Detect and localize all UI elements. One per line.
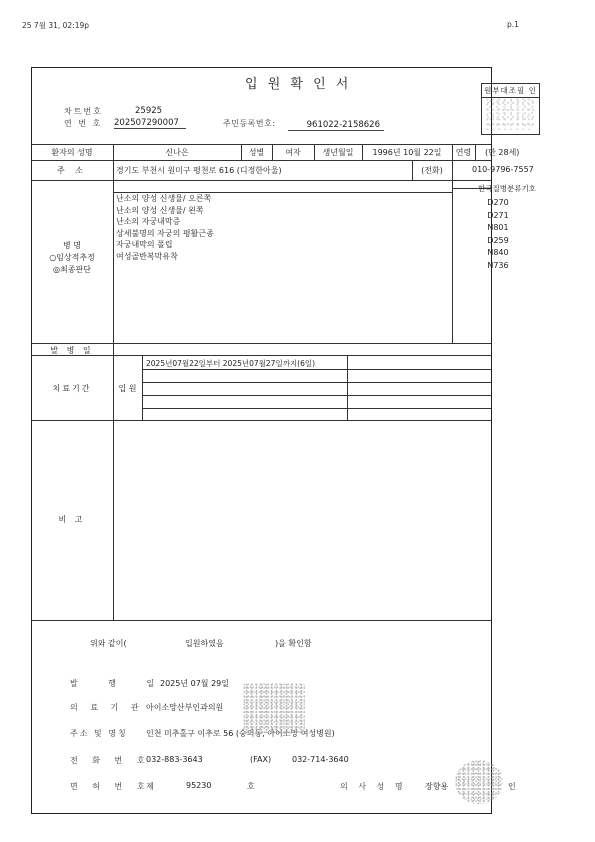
institution-phone: 032-883-3643 xyxy=(146,755,203,764)
disease-code: D271 xyxy=(468,210,528,223)
disease-code: N736 xyxy=(468,260,528,273)
onset-label: 발 병 일 xyxy=(31,345,113,356)
address-name-label: 주소 및 명칭 xyxy=(70,728,128,739)
diagnosis-label: 병 명 ○임상적추정 ◎최종판단 xyxy=(31,240,113,276)
birth-date: 1996년 10월 22일 xyxy=(362,147,452,158)
diagnosis-item: 난소의 자궁내막증 xyxy=(116,216,214,228)
chart-no: 25925 xyxy=(135,106,162,116)
diagnosis-item: 난소의 양성 신생물/ 왼쪽 xyxy=(116,205,214,217)
license-suffix: 호 xyxy=(247,781,255,792)
serial-no: 202507290007 xyxy=(114,118,186,129)
original-check-stamp-box: 원부대조필 인 xyxy=(481,83,540,135)
diagnosis-item: 자궁내막의 폴립 xyxy=(116,239,214,251)
disease-code: D259 xyxy=(468,235,528,248)
seal-suffix: 인 xyxy=(508,781,516,792)
fax-label: (FAX) xyxy=(250,755,271,764)
stamp-box-label: 원부대조필 인 xyxy=(482,84,539,98)
age-label: 연령 xyxy=(452,147,475,158)
diagnosis-item: 상세불명의 자궁의 평활근종 xyxy=(116,228,214,240)
institution-label: 의 료 기 관 xyxy=(70,702,144,713)
remarks-label: 비 고 xyxy=(31,514,113,525)
fax-timestamp: 25 7월 31, 02:19p xyxy=(22,20,89,31)
disease-code: N840 xyxy=(468,247,528,260)
license-no: 95230 xyxy=(186,781,211,790)
disease-code: N801 xyxy=(468,222,528,235)
patient-name: 신나은 xyxy=(113,147,241,158)
diagnosis-label-line: ◎최종판단 xyxy=(31,264,113,276)
issue-date-label: 발 행 일 xyxy=(70,678,168,689)
diagnosis-item: 난소의 양성 신생물/ 오른쪽 xyxy=(116,193,214,205)
treatment-period: 2025년07월22일부터 2025년07월27일까지(6일) xyxy=(146,358,315,369)
diagnosis-item: 여성골반복막유착 xyxy=(116,251,214,263)
disease-code-list: D270 D271 N801 D259 N840 N736 xyxy=(468,197,528,272)
issue-date: 2025년 07월 29일 xyxy=(160,678,229,689)
document-title: 입 원 확 인 서 xyxy=(245,73,351,92)
institution-seal-icon xyxy=(243,683,305,733)
birth-label: 생년월일 xyxy=(314,147,362,158)
institution-name: 아이소망산부인과의원 xyxy=(146,702,223,713)
institution-address: 인천 미추홀구 이추로 56 (숭의동, 아이소망 여성병원) xyxy=(146,728,335,739)
chart-no-label: 차트번호 xyxy=(64,106,103,117)
treatment-label: 치료기간 xyxy=(31,383,113,394)
confirmation-prefix: 위와 같이( xyxy=(90,638,127,649)
patient-name-label: 환자의 성명 xyxy=(31,147,113,158)
serial-no-label: 연 번 호 xyxy=(64,118,102,129)
phone-no-label: 전 화 번 호 xyxy=(70,755,151,766)
stamp-seal-icon xyxy=(486,98,534,130)
doctor-name-label: 의 사 성 명 xyxy=(340,781,407,792)
diagnosis-list: 난소의 양성 신생물/ 오른쪽 난소의 양성 신생물/ 왼쪽 난소의 자궁내막증… xyxy=(116,193,214,262)
age: (만 28세) xyxy=(485,147,519,158)
diagnosis-label-line: ○임상적추정 xyxy=(31,252,113,264)
fax-page-number: p.1 xyxy=(507,20,519,29)
address-label: 주 소 xyxy=(31,165,113,176)
disease-code: D270 xyxy=(468,197,528,210)
address: 경기도 부천시 원미구 평천로 616 (디정한아울) xyxy=(116,165,282,176)
confirmation-value: 입원하였음 xyxy=(185,638,224,649)
doctor-name: 장향용 xyxy=(425,781,448,792)
license-no-label: 면 허 번 호 xyxy=(70,781,151,792)
phone-label: (전화) xyxy=(412,165,452,176)
disease-code-header: 한국질병분류기호 xyxy=(452,183,562,194)
phone: 010-9796-7557 xyxy=(472,165,534,174)
doctor-seal-icon xyxy=(455,760,503,804)
confirmation-suffix: )을 확인함 xyxy=(275,638,312,649)
treatment-type-label: 입 원 xyxy=(113,383,142,394)
sex-label: 성별 xyxy=(241,147,272,158)
institution-fax: 032-714-3640 xyxy=(292,755,349,764)
diagnosis-label-line: 병 명 xyxy=(31,240,113,252)
license-prefix: 제 xyxy=(146,781,154,792)
resident-no: 961022-2158626 xyxy=(288,120,384,131)
resident-no-label: 주민등록번호: xyxy=(223,118,276,129)
sex: 여자 xyxy=(272,147,314,158)
